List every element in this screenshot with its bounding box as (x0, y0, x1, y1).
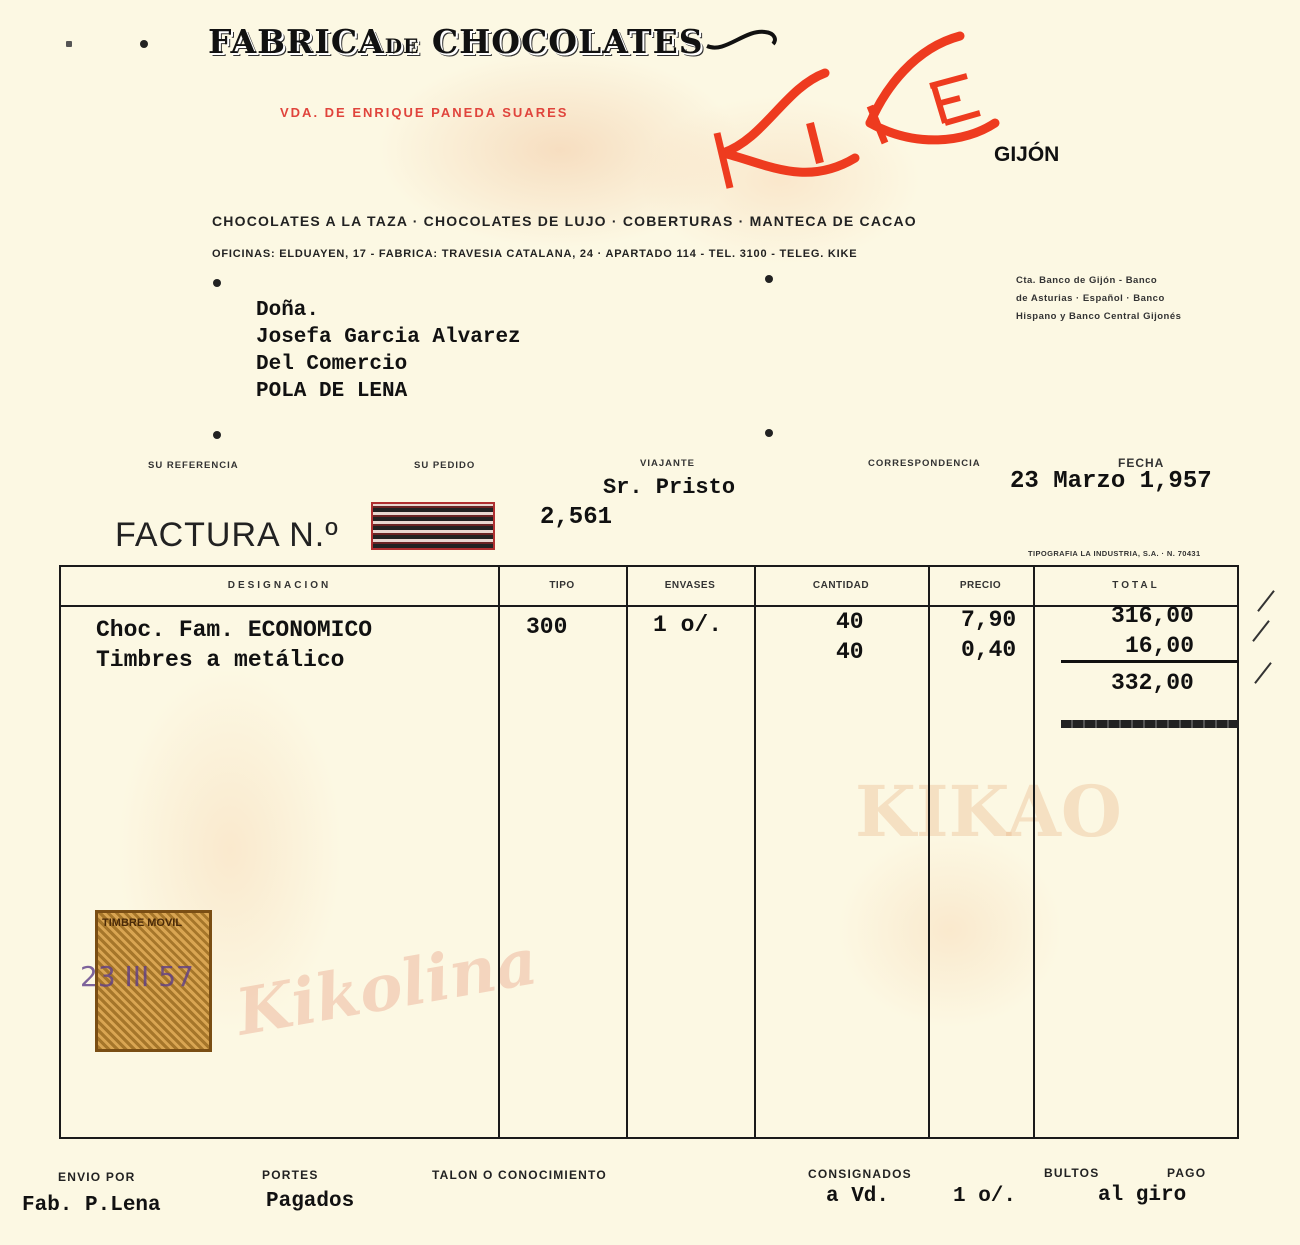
column-divider (626, 567, 628, 1137)
payment-value: al giro (1098, 1184, 1186, 1207)
header-envases: ENVASES (626, 580, 754, 591)
address-window-mark (765, 429, 773, 437)
payment-label: PAGO (1167, 1166, 1206, 1180)
waybill-label: TALON O CONOCIMIENTO (432, 1168, 607, 1182)
item-total: 316,00 (1111, 603, 1194, 629)
kike-logo-icon (705, 28, 1005, 198)
bank-line: de Asturias · Español · Banco (1016, 290, 1181, 308)
printer-note: TIPOGRAFIA LA INDUSTRIA, S.A. · N. 70431 (1028, 549, 1201, 558)
grand-total: 332,00 (1111, 670, 1194, 696)
subtotal-rule (1061, 660, 1239, 663)
consigned-label: CONSIGNADOS (808, 1167, 912, 1181)
recipient-name: Josefa Garcia Alvarez (256, 324, 521, 351)
column-divider (928, 567, 930, 1137)
bank-line: Cta. Banco de Gijón - Banco (1016, 272, 1181, 290)
item-cantidad: 40 (836, 639, 864, 665)
shipping-value: Fab. P.Lena (22, 1194, 161, 1217)
reference-label: SU REFERENCIA (148, 460, 239, 471)
item-envases: 1 o/. (653, 612, 722, 638)
check-tick (1252, 620, 1270, 642)
shipping-label: ENVIO POR (58, 1170, 135, 1184)
invoice-number: 2,561 (540, 504, 612, 531)
freight-value: Pagados (266, 1190, 354, 1213)
header-cantidad: CANTIDAD (754, 580, 928, 591)
recipient-salutation: Doña. (256, 297, 521, 324)
total-stamp-bar (1061, 720, 1239, 728)
invoice-date: 23 Marzo 1,957 (1010, 468, 1212, 495)
consigned-value: a Vd. (826, 1185, 889, 1208)
correspondence-label: CORRESPONDENCIA (868, 458, 981, 469)
bank-info: Cta. Banco de Gijón - Banco de Asturias … (1016, 272, 1181, 326)
header-tipo: TIPO (498, 580, 626, 591)
address-window-mark (213, 279, 221, 287)
header-total: TOTAL (1033, 580, 1239, 591)
bank-line: Hispano y Banco Central Gijonés (1016, 308, 1181, 326)
title-word: CHOCOLATES (432, 22, 704, 61)
offices-line: OFICINAS: ELDUAYEN, 17 - FABRICA: TRAVES… (212, 248, 857, 260)
cancellation-date: 23 III 57 (80, 960, 194, 993)
column-divider (1033, 567, 1035, 1137)
recipient-address: Doña. Josefa Garcia Alvarez Del Comercio… (256, 297, 521, 405)
title-word: FABRICA (208, 22, 385, 61)
header-precio: PRECIO (928, 580, 1033, 591)
header-designacion: DESIGNACION (61, 580, 498, 591)
item-total: 16,00 (1125, 633, 1194, 659)
invoice-number-label: FACTURA N.º (115, 516, 339, 555)
revenue-stamp-text: TIMBRE MOVIL (102, 917, 182, 929)
item-precio: 0,40 (961, 637, 1016, 663)
item-designacion: Timbres a metálico (96, 647, 344, 673)
owner-line: VDA. DE ENRIQUE PANEDA SUARES (280, 105, 568, 120)
number-stamp (371, 502, 495, 550)
column-divider (754, 567, 756, 1137)
item-designacion: Choc. Fam. ECONOMICO (96, 617, 372, 643)
city-name: GIJÓN (994, 143, 1059, 167)
agent-label: VIAJANTE (640, 458, 695, 469)
paper-mark (140, 40, 148, 48)
item-precio: 7,90 (961, 607, 1016, 633)
packages-value: 1 o/. (953, 1185, 1016, 1208)
invoice-paper: FABRICADE CHOCOLATES VDA. DE ENRIQUE PAN… (0, 0, 1300, 1245)
packages-label: BULTOS (1044, 1166, 1099, 1180)
paper-mark (66, 41, 72, 47)
title-word: DE (385, 34, 420, 58)
order-label: SU PEDIDO (414, 460, 475, 471)
item-tipo: 300 (526, 614, 567, 640)
check-tick (1257, 590, 1275, 612)
address-window-mark (765, 275, 773, 283)
check-tick (1254, 662, 1272, 684)
recipient-street: Del Comercio (256, 351, 521, 378)
address-window-mark (213, 431, 221, 439)
products-line: CHOCOLATES A LA TAZA · CHOCOLATES DE LUJ… (212, 213, 917, 229)
item-cantidad: 40 (836, 609, 864, 635)
recipient-town: POLA DE LENA (256, 378, 521, 405)
agent-value: Sr. Pristo (603, 475, 735, 500)
company-title: FABRICADE CHOCOLATES (208, 22, 704, 61)
line-items-table: DESIGNACION TIPO ENVASES CANTIDAD PRECIO… (59, 565, 1239, 1139)
column-divider (498, 567, 500, 1137)
freight-label: PORTES (262, 1168, 319, 1182)
